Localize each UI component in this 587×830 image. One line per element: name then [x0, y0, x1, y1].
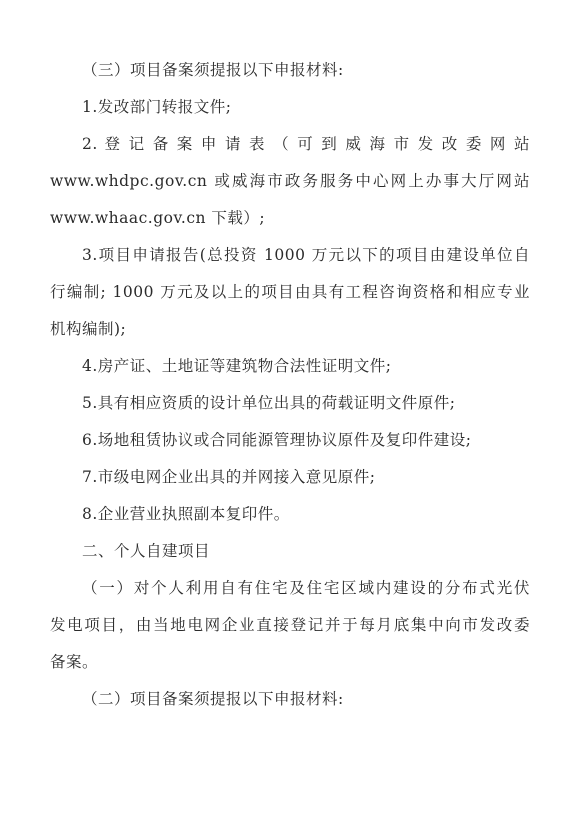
list-item: 6.场地租赁协议或合同能源管理协议原件及复印件建设;	[82, 430, 472, 450]
list-item-continuation: 行编制; 1000 万元及以上的项目由具有工程咨询资格和相应专业	[50, 282, 530, 302]
paragraph-line: 备案。	[50, 652, 98, 672]
list-item: 5.具有相应资质的设计单位出具的荷载证明文件原件;	[82, 393, 456, 413]
list-item: 7.市级电网企业出具的并网接入意见原件;	[82, 467, 376, 487]
list-item-continuation: www.whdpc.gov.cn 或威海市政务服务中心网上办事大厅网站	[50, 171, 530, 191]
list-item: 4.房产证、土地证等建筑物合法性证明文件;	[82, 356, 392, 376]
list-item: 8.企业营业执照副本复印件。	[82, 504, 290, 524]
list-item: 3.项目申请报告(总投资 1000 万元以下的项目由建设单位自	[82, 245, 530, 265]
list-item-continuation: www.whaac.gov.cn 下载）;	[50, 208, 265, 228]
list-item: 2. 登 记 备 案 申 请 表 （ 可 到 威 海 市 发 改 委 网 站	[82, 134, 530, 154]
list-item-continuation: 机构编制);	[50, 319, 126, 339]
paragraph-line: （一）对个人利用自有住宅及住宅区域内建设的分布式光伏	[82, 578, 530, 598]
paragraph-line: 发电项目，由当地电网企业直接登记并于每月底集中向市发改委	[50, 615, 530, 635]
list-item: 1.发改部门转报文件;	[82, 97, 232, 117]
section-heading: 二、个人自建项目	[82, 541, 210, 561]
subsection-title: （三）项目备案须提报以下申报材料:	[82, 60, 344, 80]
subsection-title: （二）项目备案须提报以下申报材料:	[82, 689, 344, 709]
